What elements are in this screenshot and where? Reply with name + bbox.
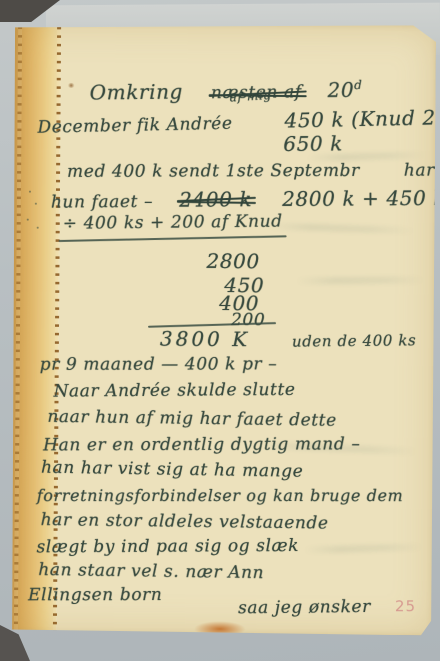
- paragraph-line-10: saa jeg ønsker: [238, 598, 371, 618]
- notebook-cover-corner-bottom: [0, 625, 30, 661]
- ink-speckle: [37, 227, 39, 229]
- line2-amount: 450 k (Knud 200): [284, 105, 440, 133]
- line1-date-suffix: d: [354, 78, 362, 92]
- inserted-words-above-line: af mig: [229, 89, 272, 105]
- ink-bleedthrough: [303, 543, 423, 553]
- paragraph-line-1: Naar Andrée skulde slutte: [54, 381, 296, 401]
- page-number: 25: [395, 597, 416, 615]
- sum-note: uden de 400 ks: [292, 332, 417, 350]
- paragraph-line-9: Ellingsen born: [28, 586, 162, 605]
- handwriting-line-1: Omkring næsten af 20d: [90, 79, 363, 105]
- line5-pre: hun faaet –: [51, 192, 153, 213]
- ink-bleedthrough: [266, 222, 416, 234]
- ink-speckle: [29, 191, 31, 193]
- handwriting-line-6: ÷ 400 ks + 200 af Knud: [63, 213, 283, 234]
- line4-main: med 400 k sendt 1ste Septembr: [67, 161, 360, 182]
- underline-stroke: [59, 235, 287, 242]
- ink-speckle: [27, 219, 29, 221]
- ink-bleedthrough: [295, 276, 425, 284]
- notebook-page: Omkring næsten af 20d af mig December fi…: [8, 23, 436, 636]
- paragraph-line-2: naar hun af mig har faaet dette: [47, 408, 337, 431]
- line5-struck-amount: 2400 k: [179, 188, 252, 211]
- line1-date: 20: [327, 78, 354, 102]
- paragraph-line-4: han har vist sig at ha mange: [41, 459, 304, 482]
- foxing-spot: [68, 83, 75, 88]
- handwriting-line-7: pr 9 maaned — 400 k pr –: [40, 355, 278, 374]
- line4-tail: har: [404, 161, 435, 181]
- paragraph-line-3: Han er en ordentlig dygtig mand –: [43, 435, 360, 455]
- handwriting-line-2: December fik Andrée 450 k (Knud 200): [37, 106, 440, 138]
- line5-post: 2800 k + 450 k: [282, 186, 440, 211]
- paragraph-line-7: slægt by ind paa sig og slæk: [36, 537, 299, 557]
- paragraph-line-8: han staar vel s. nær Ann: [38, 561, 264, 583]
- paragraph-line-5: forretningsforbindelser og kan bruge dem: [37, 487, 404, 505]
- photo-scene: Omkring næsten af 20d af mig December fi…: [0, 0, 440, 661]
- line2-main: December fik Andrée: [37, 114, 232, 138]
- rust-stain: [194, 621, 246, 637]
- ink-speckle: [35, 203, 37, 205]
- handwriting-line-4: med 400 k sendt 1ste Septembr har: [67, 162, 435, 182]
- sum-row-1: 2800: [206, 250, 259, 272]
- line1-word: Omkring: [90, 79, 184, 104]
- handwriting-line-3: 650 k: [283, 132, 343, 155]
- handwriting-line-5: hun faaet – 2400 k 2800 k + 450 k: [51, 187, 440, 212]
- sum-total: 3800 K: [160, 328, 250, 351]
- paragraph-line-6: har en stor aldeles velstaaende: [41, 511, 329, 533]
